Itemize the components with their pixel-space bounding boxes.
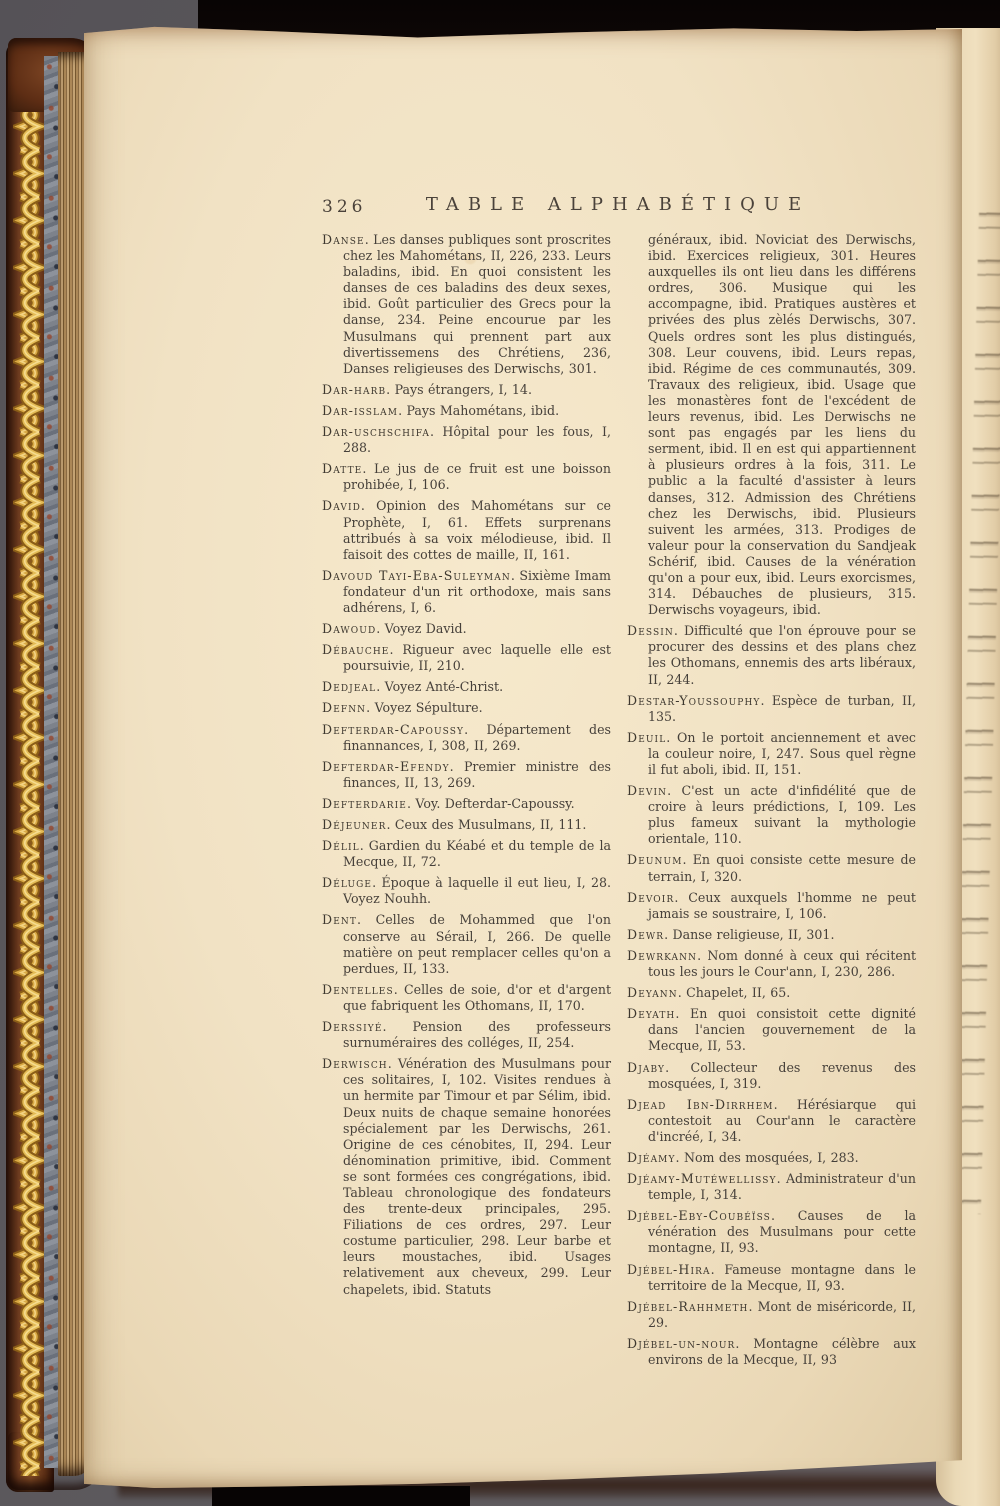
entry-headword: Dar-uschschifa	[322, 424, 430, 439]
entry-headword: Dar-harb	[322, 382, 386, 397]
entry-headword: Djéamy-Mutéwellissy	[627, 1171, 777, 1186]
index-entry: Djéamy-Mutéwellissy. Administrateur d'un…	[627, 1171, 916, 1203]
entry-headword: Dewr	[627, 927, 664, 942]
entry-headword: Djébel-Eby-Coubéïss	[627, 1208, 771, 1223]
entry-headword: Dar-isslam	[322, 403, 398, 418]
entry-headword: Derssiyé	[322, 1019, 382, 1034]
entry-headword: Deunum	[627, 852, 683, 867]
index-entry: Dar-harb. Pays étrangers, I, 14.	[322, 382, 611, 398]
index-entry: Destar-Youssouphy. Espèce de turban, II,…	[627, 693, 916, 725]
page-title: TABLE ALPHABÉTIQUE	[322, 194, 914, 215]
entry-headword: Destar-Youssouphy	[627, 693, 760, 708]
index-entry: Datte. Le jus de ce fruit est une boisso…	[322, 461, 611, 493]
running-head: 326 TABLE ALPHABÉTIQUE	[322, 194, 914, 224]
index-entry: Dar-uschschifa. Hôpital pour les fous, I…	[322, 424, 611, 456]
page-number: 326	[322, 197, 366, 217]
entry-headword: Djébel-un-nour	[627, 1336, 735, 1351]
entry-headword: David	[322, 498, 361, 513]
index-entry: Dessin. Difficulté que l'on éprouve pour…	[627, 623, 916, 687]
index-column-left: Danse. Les danses publiques sont proscri…	[322, 232, 611, 1373]
entry-headword: Débauche	[322, 642, 389, 657]
entry-headword: Defterdar-Capoussy	[322, 722, 464, 737]
index-entry: Délil. Gardien du Kéabé et du temple de …	[322, 838, 611, 870]
index-entry: Dentelles. Celles de soie, d'or et d'arg…	[322, 982, 611, 1014]
entry-headword: Dessin	[627, 623, 674, 638]
index-entry: Djaby. Collecteur des revenus des mosqué…	[627, 1060, 916, 1092]
entry-headword: Deuil	[627, 730, 666, 745]
index-entry: Deuil. On le portoit anciennement et ave…	[627, 730, 916, 778]
entry-headword: Defterdarie	[322, 796, 407, 811]
entry-headword: Davoud Tayi-Eba-Suleyman	[322, 568, 511, 583]
index-entry: Dewrkann. Nom donné à ceux qui récitent …	[627, 948, 916, 980]
entry-headword: Datte	[322, 461, 362, 476]
index-entry-continuation: généraux, ibid. Noviciat des Derwischs, …	[627, 232, 916, 618]
entry-headword: Djébel-Hira	[627, 1262, 711, 1277]
entry-headword: Defnn	[322, 700, 366, 715]
index-entry: Devoir. Ceux auxquels l'homme ne peut ja…	[627, 890, 916, 922]
index-entry: Defterdarie. Voy. Defterdar-Capoussy.	[322, 796, 611, 812]
index-entry: Déjeuner. Ceux des Musulmans, II, 111.	[322, 817, 611, 833]
entry-headword: Deyath	[627, 1006, 675, 1021]
index-entry: Defnn. Voyez Sépulture.	[322, 700, 611, 716]
gilt-braid-ornament	[13, 56, 47, 1476]
entry-headword: Djead Ibn-Dirrhem	[627, 1097, 774, 1112]
entry-headword: Danse	[322, 232, 365, 247]
index-entry: Djéamy. Nom des mosquées, I, 283.	[627, 1150, 916, 1166]
entry-headword: Dent	[322, 912, 357, 927]
index-entry: Déluge. Époque à laquelle il eut lieu, I…	[322, 875, 611, 907]
index-entry: Derwisch. Vénération des Musulmans pour …	[322, 1056, 611, 1297]
index-entry: Derssiyé. Pension des professeurs surnum…	[322, 1019, 611, 1051]
index-entry: Djébel-Rahhmeth. Mont de miséricorde, II…	[627, 1299, 916, 1331]
index-entry: Devin. C'est un acte d'infidélité que de…	[627, 783, 916, 847]
entry-headword: Dentelles	[322, 982, 394, 997]
entry-headword: Derwisch	[322, 1056, 388, 1071]
index-entry: Débauche. Rigueur avec laquelle elle est…	[322, 642, 611, 674]
book-page: 326 TABLE ALPHABÉTIQUE Danse. Les danses…	[84, 24, 962, 1488]
entry-headword: Dewrkann	[627, 948, 697, 963]
dark-gap-below-page	[212, 1486, 470, 1506]
entry-headword: Djéamy	[627, 1150, 676, 1165]
entry-headword: Dedjeal	[322, 679, 376, 694]
entry-headword: Devoir	[627, 890, 674, 905]
index-entry: Defterdar-Efendy. Premier ministre des f…	[322, 759, 611, 791]
index-entry: Dedjeal. Voyez Anté-Christ.	[322, 679, 611, 695]
entry-headword: Deyann	[627, 985, 678, 1000]
index-entry: David. Opinion des Mahométans sur ce Pro…	[322, 498, 611, 562]
index-columns: Danse. Les danses publiques sont proscri…	[322, 232, 916, 1373]
index-entry: Djébel-un-nour. Montagne célèbre aux env…	[627, 1336, 916, 1368]
index-entry: Defterdar-Capoussy. Département des fina…	[322, 722, 611, 754]
index-entry: Dawoud. Voyez David.	[322, 621, 611, 637]
entry-headword: Déjeuner	[322, 817, 386, 832]
entry-headword: Délil	[322, 838, 360, 853]
index-entry: Danse. Les danses publiques sont proscri…	[322, 232, 611, 377]
entry-headword: Déluge	[322, 875, 372, 890]
index-entry: Davoud Tayi-Eba-Suleyman. Sixième Imam f…	[322, 568, 611, 616]
entry-headword: Djébel-Rahhmeth	[627, 1299, 749, 1314]
index-entry: Djead Ibn-Dirrhem. Hérésiarque qui conte…	[627, 1097, 916, 1145]
entry-headword: Devin	[627, 783, 667, 798]
index-entry: Dewr. Danse religieuse, II, 301.	[627, 927, 916, 943]
index-column-right: généraux, ibid. Noviciat des Derwischs, …	[627, 232, 916, 1373]
index-entry: Dar-isslam. Pays Mahométans, ibid.	[322, 403, 611, 419]
index-entry: Deyann. Chapelet, II, 65.	[627, 985, 916, 1001]
index-entry: Deunum. En quoi consiste cette mesure de…	[627, 852, 916, 884]
entry-headword: Defterdar-Efendy	[322, 759, 450, 774]
index-entry: Dent. Celles de Mohammed que l'on conser…	[322, 912, 611, 976]
entry-headword: Djaby	[627, 1060, 665, 1075]
photo-of-open-book: { "page": { "number": "326", "title": "T…	[0, 0, 1000, 1506]
index-entry: Djébel-Hira. Fameuse montagne dans le te…	[627, 1262, 916, 1294]
entry-headword: Dawoud	[322, 621, 376, 636]
index-entry: Djébel-Eby-Coubéïss. Causes de la vénéra…	[627, 1208, 916, 1256]
index-entry: Deyath. En quoi consistoit cette dignité…	[627, 1006, 916, 1054]
